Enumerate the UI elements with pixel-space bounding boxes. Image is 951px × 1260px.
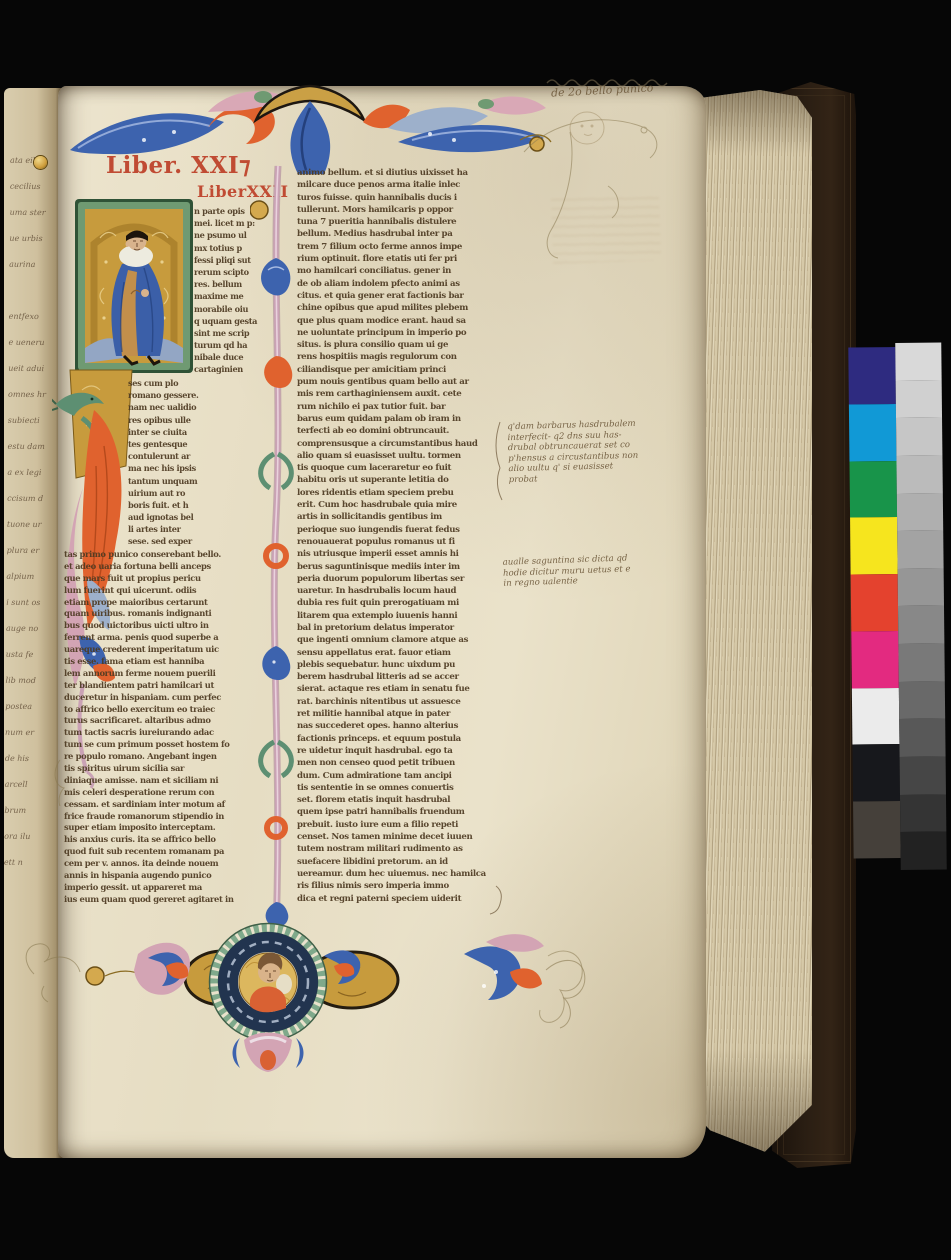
left-column-upper: n parte opismei. licet m p:ne psumo ulmx… [194,205,266,376]
text-line: que mars fuit ut propius pericu [64,573,261,585]
prev-page-line: estu dam [7,434,57,460]
text-line: chine opibus que apud milites plebem [297,302,500,314]
prev-page-line: lib mod [5,668,55,694]
text-line: aud ignotas bel [128,511,266,523]
text-line: pum nouis gentibus quam bello aut ar [297,376,500,388]
prev-page-line: num er [5,720,55,746]
gray-patch [896,455,942,493]
text-line: que ingenti omnium clamore atque as [297,634,500,646]
text-line: tuna 7 pueritia hannibalis distulere [297,216,500,228]
circle-doodle [570,112,604,144]
text-line: uereamur. dum hec uiuemus. nec hamilca [297,868,500,880]
color-patch [850,517,898,574]
color-patch [852,688,900,745]
text-line: quod fuit sub recentem romanam pa [64,846,261,858]
gray-patch [899,681,945,719]
text-line: ciliandisque per amicitiam princi [297,364,500,376]
prev-page-line: cecilius [10,174,60,200]
text-line: mis celeri desperatione rerum con [64,787,261,799]
text-line: boris fuit. et h [128,499,266,511]
color-patch [852,744,900,801]
manuscript-photo: ata eilceciliusuma sterue urbisaurinaent… [0,0,951,1260]
prev-page-line: i sunt os [6,590,56,616]
gray-patch [898,644,944,682]
text-line: ris filius nimis sero imperia immo [297,880,500,892]
text-line: barus eum quidam palam ob iram in [297,413,500,425]
text-line: tis spiritus uirum sicilia sar [64,763,261,775]
text-line: to affrico bello exercitum eo traiec [64,704,261,716]
text-line: etiam prope maioribus certarunt [64,597,261,609]
gray-patch [895,343,941,381]
text-line: n parte opis [194,205,266,217]
text-line: que plus quam modice erant. haud sa [297,315,500,327]
text-line: ma nec his ipsis [128,462,266,474]
text-line: tis quoque cum laceraretur eo fuit [297,462,500,474]
portrait-medallion [209,923,327,1041]
text-line: his anxius curis. ita se affrico bello [64,834,261,846]
text-line: quam uiribus. romanis indignanti [64,608,261,620]
text-line: rens hospitiis magis regulorum con [297,351,500,363]
text-line: cem per v. annos. ita deinde nouem [64,858,261,870]
color-calibration-chart [848,343,947,871]
text-line: citus. et quia gener erat factionis bar [297,290,500,302]
text-line: romano gessere. [128,389,266,401]
gray-patch [897,531,943,569]
text-line: tis sententie in se omnes conuertis [297,782,500,794]
prev-page-line: entfexo [9,304,59,330]
gray-patch [900,832,946,870]
text-line: rat. barchinis nitentibus ut assuesce [297,696,500,708]
gray-patch [896,418,942,456]
color-patch [851,574,899,631]
text-line: terfecti ab eo domini obtruncauit. [297,425,500,437]
prev-page-line: ora ilu [4,824,54,850]
text-line: inter se ciuita [128,426,266,438]
text-line: tutem nostram militari rudimento as [297,843,500,855]
gray-patch [897,493,943,531]
color-patch [851,631,899,688]
text-line: men non censeo quod petit tribuen [297,757,500,769]
prev-page-line: auge no [6,616,56,642]
gold-bezant-bas-de-page [86,967,104,985]
text-line: prebuit. iusto iure eum a filio repeti [297,819,500,831]
color-patch [849,461,897,518]
text-line: dubia res fuit quin prerogatiuam mi [297,597,500,609]
text-line: tantum unquam [128,475,266,487]
color-patch [848,347,896,404]
text-line: uirium aut ro [128,487,266,499]
chart-color-column [848,347,900,858]
text-line: ne uoluntate principum in imperio po [297,327,500,339]
prev-page-line [9,278,59,304]
note-brace [496,422,502,500]
text-line: re populo romano. Angebant ingen [64,751,261,763]
text-line: res. bellum [194,278,266,290]
text-line: maxime me [194,290,266,302]
text-line: nas succederet opes. hanno alterius [297,720,500,732]
text-line: mo hamilcari conciliatus. gener in [297,265,500,277]
text-line: mis rem carthaginiensem auxit. cete [297,388,500,400]
text-line: mx totius p [194,242,266,254]
text-line: suefacere libidini pretorum. an id [297,856,500,868]
text-line: situs. is plura consilio quam ui ge [297,339,500,351]
text-line: berem hasdrubal litteris ad se accer [297,671,500,683]
text-line: censet. Nos tamen minime decet iuuen [297,831,500,843]
prev-page-line: arcell [5,772,55,798]
text-line: res opibus ulle [128,414,266,426]
text-line: lores ridentis etiam speciem prebu [297,487,500,499]
text-line: fessi pliqi sut [194,254,266,266]
gray-patch [900,794,946,832]
prev-page-line: subiecti [8,408,58,434]
text-line: mei. licet m p: [194,217,266,229]
gray-patch [896,380,942,418]
text-line: turos fuisse. quin hannibalis ducis i [297,192,500,204]
text-line: sierat. actaque res etiam in senatu fue [297,683,500,695]
prev-page-line: e ueneru [8,330,58,356]
text-line: perioque suo iungendis fuerat fedus [297,524,500,536]
text-line: turus sacrificaret. altaribus admo [64,715,261,727]
prev-page-line: a ex legi [7,460,57,486]
text-line: factionis princeps. et equum postula [297,733,500,745]
text-line: nibale duce [194,351,266,363]
text-line: cessam. et sardiniam inter motum af [64,799,261,811]
text-line: alio quam si euasisset uultu. tormen [297,450,500,462]
text-line: ferrent arma. penis quod superbe a [64,632,261,644]
text-line: turum qd ha [194,339,266,351]
text-line: frice fraude romanorum stipendio in [64,811,261,823]
gray-patch [899,719,945,757]
text-line: uareque crederent imperitatum uic [64,644,261,656]
text-line: litarem qua extemplo iuuenis hanni [297,610,500,622]
gray-patch [898,568,944,606]
margin-pen-flourishes [488,90,683,1050]
text-line: lum fuerint qui uicerunt. odiis [64,585,261,597]
text-line: plebis sequebatur. hunc uixdum pu [297,659,500,671]
prev-page-line: brum [4,798,54,824]
text-line: tum se cum primum posset hostem fo [64,739,261,751]
text-line: ses cum plo [128,377,266,389]
bas-de-page-illumination [18,908,598,1100]
color-patch [853,801,901,858]
right-column: animo bellum. et si diutius uixisset ham… [297,167,500,905]
gray-patch [900,757,946,795]
text-line: nis utriusque imperii esset amnis hi [297,548,500,560]
text-line: cartaginien [194,363,266,375]
text-line: ne psumo ul [194,229,266,241]
text-line: rum nichilo ei pax tutior fuit. bar [297,401,500,413]
top-border-illumination [58,84,558,178]
text-line: ter blandientem patri hamilcari ut [64,680,261,692]
text-line: set. florem etatis inquit hasdrubal [297,794,500,806]
text-line: de ob aliam indolem pfecto animi as [297,278,500,290]
text-line: habitu oris ut superante letitia do [297,474,500,486]
text-line: sint me scrip [194,327,266,339]
text-line: artis in sollicitandis gentibus im [297,511,500,523]
gold-bezant-left-margin [34,156,47,169]
prev-page-line: de his [5,746,55,772]
text-line: super etiam imposito interceptam. [64,822,261,834]
text-line: sensu appellatus erat. fauor etiam [297,647,500,659]
left-column-middle: ses cum ploromano gessere.nam nec ualidi… [128,377,266,548]
text-line: re uidetur inquit hasdrubal. ego ta [297,745,500,757]
text-line: peria duorum populorum libertas ser [297,573,500,585]
text-line: sese. sed exper [128,535,266,547]
prev-page-line: uma ster [9,200,59,226]
prev-page-line: postea [5,694,55,720]
prev-page-line: ccisum d [7,486,57,512]
text-line: comprensusque a circumstantibus haud [297,438,500,450]
prev-page-line: tuone ur [7,512,57,538]
erased-scribble [545,74,675,90]
text-line: duceretur in hispaniam. cum perfec [64,692,261,704]
fore-edge-page-stack [688,90,812,1156]
text-line: li artes inter [128,523,266,535]
text-line: uaretur. In hasdrubalis locum haud [297,585,500,597]
prev-page-line: ue urbis [9,226,59,252]
text-line: rium optinuit. flore etatis uti fer pri [297,253,500,265]
left-column-lower: tas primo punico conserebant bello.et ad… [64,549,261,906]
text-line: morabile oiu [194,303,266,315]
text-line: dum. Cum admiratione tam ancipi [297,770,500,782]
text-line: tis esse. fama etiam est hanniba [64,656,261,668]
prev-page-line: ueit adui [8,356,58,382]
text-line: erit. Cum hoc hasdrubale quia mire [297,499,500,511]
text-line: et adeo uaria fortuna belli anceps [64,561,261,573]
text-line: animo bellum. et si diutius uixisset ha [297,167,500,179]
text-line: bus quod uictoribus uicti ultro in [64,620,261,632]
gray-patch [898,606,944,644]
text-line: bellum. Medius hasdrubal inter pa [297,228,500,240]
text-line: trem 7 filium octo ferme annos impe [297,241,500,253]
text-line: tullerunt. Mors hamilcaris p oppor [297,204,500,216]
prev-page-line: aurina [9,252,59,278]
prev-page-line: alpium [6,564,56,590]
text-line: dica et regni paterni speciem uiderit [297,893,500,905]
text-line: rerum scipto [194,266,266,278]
text-line: nam nec ualidio [128,401,266,413]
prev-page-line: usta fe [6,642,56,668]
author-portrait-miniature [74,198,194,374]
text-line: tes gentesque [128,438,266,450]
chart-grayscale-column [895,343,947,870]
text-line: milcare duce penos arma italie inlec [297,179,500,191]
text-line: berus saguntinisque mediis inter im [297,561,500,573]
text-line: bal in pretorium delatus imperator [297,622,500,634]
text-line: tum tactis sacris iureiurando adac [64,727,261,739]
text-line: renouauerat populus romanus ut fi [297,536,500,548]
text-line: imperio gessit. ut appareret ma [64,882,261,894]
text-line: diniaque amisse. nam et siciliam ni [64,775,261,787]
color-patch [849,404,897,461]
text-line: contulerunt ar [128,450,266,462]
text-line: tas primo punico conserebant bello. [64,549,261,561]
text-line: annis in hispania augendo punico [64,870,261,882]
text-line: ius eum quam quod gereret agitaret in [64,894,261,906]
prev-page-line: ett n [4,850,54,876]
text-line: lem annorum ferme nouem puerili [64,668,261,680]
text-line: q uquam gesta [194,315,266,327]
prev-page-line: omnes hr [8,382,58,408]
prev-page-line: plura er [7,538,57,564]
text-line: ret militie hannibal atque in pater [297,708,500,720]
text-line: quem ipse patri hannibalis fruendum [297,806,500,818]
